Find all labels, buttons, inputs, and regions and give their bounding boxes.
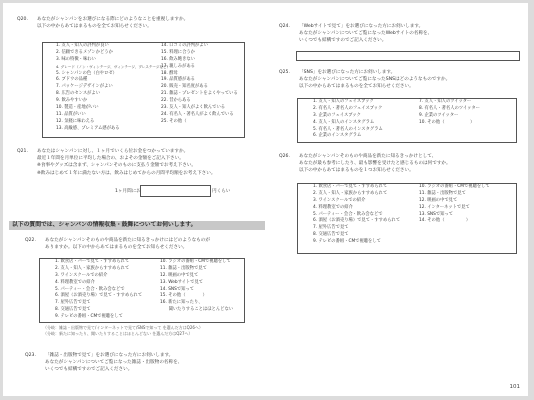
question-q25: Q25. 「SNS」をお選びになった方にお伺いします。 あなたがシャンパンについ… xyxy=(279,69,450,91)
question-text: ※食事やグッズは含まず、シャンパンそのものに支払う金額でお考え下さい。 xyxy=(37,162,215,169)
option[interactable]: 12. 映画の中で見て xyxy=(419,198,490,205)
option[interactable]: 11. 雑誌・出版物で見て xyxy=(160,266,233,273)
q22-options-left: 1. 飲食店・バーで見て・すすめられて 2. 友人・知人・家族からすすめられて … xyxy=(55,259,142,321)
question-q23: Q23. 「雑誌・出版物で見て」をお選びになった方にお伺いします。 あなたがシャ… xyxy=(25,352,182,374)
question-text: ※飲みはじめて１年に満たない方は、飲みはじめてからの月間平均額をお考え下さい。 xyxy=(37,170,215,177)
option[interactable]: 10. 製造・産地がいい xyxy=(56,105,170,112)
option[interactable]: 2. 友人・知人・家族からすすめられて xyxy=(55,266,142,273)
option[interactable]: 6. 企業のインスタグラム xyxy=(313,133,383,140)
option[interactable]: 22. 昔からある xyxy=(161,98,238,105)
option[interactable]: 10. ラジオの番組・CMで視聴をして xyxy=(419,184,490,191)
question-number: Q22. xyxy=(25,237,36,244)
option[interactable]: 1. 友人・知人のフェイスブック xyxy=(313,99,383,106)
question-text: ありますか。以下の中からあてはまるものを全てお知らせください。 xyxy=(45,244,210,251)
option[interactable]: 8. 有名人・著名人のツイッター xyxy=(419,106,480,113)
option[interactable]: 4. 友人・知人のインスタグラム xyxy=(313,120,383,127)
question-number: Q26. xyxy=(279,153,290,160)
question-text: 「雑誌・出版物で見て」をお選びになった方にお伺いします。 xyxy=(45,352,182,359)
option[interactable]: 1. 飲食店・バーで見て・すすめられて xyxy=(55,259,142,266)
question-text: 以下の中からあてはまるものを１つお知らせください。 xyxy=(299,167,451,174)
option[interactable]: 2. 信頼できるメゾンかどうか xyxy=(56,50,170,57)
option[interactable]: 23. 友人・知人がよく飲んでいる xyxy=(161,105,238,112)
question-text: 「SNS」をお選びになった方にお伺いします。 xyxy=(299,69,450,76)
option[interactable]: 9. 企業のツイッター xyxy=(419,113,480,120)
question-text: あなたはシャンパンに対し、１ヶ月でいくら位お金をつかっていますか。 xyxy=(37,148,215,155)
q22-branch-note: （分岐：雑誌・出版物で見て/インターネットで見て/SNSで知って を選んだ方はQ… xyxy=(43,325,203,338)
q20-options-right: 14. 口コミの評判がよい 15. 料理に合うか 16. 飲み飽きない 17. … xyxy=(161,43,238,126)
option[interactable]: 4. 料理教室での紹介 xyxy=(313,205,400,212)
question-text: 以下の中からあてはまるものを全てお知らせください。 xyxy=(37,23,188,30)
q25-options-left: 1. 友人・知人のフェイスブック 2. 有名人・著名人のフェイスブック 3. 企… xyxy=(313,99,383,140)
option[interactable]: 2. 有名人・著名人のフェイスブック xyxy=(313,106,383,113)
q25-options-right: 7. 友人・知人のツイッター 8. 有名人・著名人のツイッター 9. 企業のツイ… xyxy=(419,99,480,127)
q26-options-right: 10. ラジオの番組・CMで視聴をして 11. 雑誌・出版物で見て 12. 映画… xyxy=(419,184,490,225)
question-q21: Q21. あなたはシャンパンに対し、１ヶ月でいくら位お金をつかっていますか。 最… xyxy=(17,148,215,177)
option[interactable]: 10. その他（ ） xyxy=(419,120,480,127)
question-number: Q21. xyxy=(17,148,28,155)
option[interactable]: 12. 映画の中で見て xyxy=(160,273,233,280)
option[interactable]: 3. ワインスクールでの紹介 xyxy=(55,273,142,280)
q26-options-left: 1. 飲食店・バーで見て・すすめられて 2. 友人・知人・家族からすすめられて … xyxy=(313,184,400,246)
q20-options-left: 1. 友人・知人の評判が良い 2. 信頼できるメゾンかどうか 3. 味の特徴・味… xyxy=(56,43,170,133)
option[interactable]: 15. 料理に合うか xyxy=(161,50,238,57)
question-number: Q25. xyxy=(279,69,290,76)
question-text: あなたがシャンパンをお選びになる際にどのようなことを重視しますか。 xyxy=(37,16,188,23)
question-q22: Q22. あなたがシャンパンそのものや商品を新たに知るきっかけにはどのようなもの… xyxy=(25,237,210,251)
option[interactable]: 11. 雑誌・出版物で見て xyxy=(419,191,490,198)
option[interactable]: 10. ラジオの番組・CMで視聴をして xyxy=(160,259,233,266)
option[interactable]: 16. 飲み飽きない xyxy=(161,57,238,64)
question-text: 以下の中からあてはまるものを全てお知らせください。 xyxy=(299,83,450,90)
question-q24: Q24. 「Webサイトで見て」をお選びになった方にお伺いします。 あなたがシャ… xyxy=(279,23,432,45)
question-text: あなたがシャンパンそのものや商品を新たに知るきっかけにはどのようなものが xyxy=(45,237,210,244)
question-text: あなたが最も参考にしたり、最も影響を受けたと感じるものは何ですか。 xyxy=(299,160,451,167)
option[interactable]: 24. 有名人・著名人がよく飲んでいる xyxy=(161,112,238,119)
option[interactable]: 3. 企業のフェイスブック xyxy=(313,113,383,120)
page-number: 101 xyxy=(510,384,521,390)
question-text: あなたがシャンパンについてご覧になったWebサイトの名称を、 xyxy=(299,30,432,37)
option[interactable]: 1. 友人・知人の評判が良い xyxy=(56,43,170,50)
section-header: 以下の質問では、シャンパンの情報収集・鼓舞についてお伺いします。 xyxy=(9,221,265,230)
option[interactable]: 12. 気軽に味わえる xyxy=(56,119,170,126)
question-text: あなたがシャンパンそのものや商品を新たに知るきっかけとして、 xyxy=(299,153,451,160)
option[interactable]: 17. 親しみがある xyxy=(161,64,238,71)
question-text: あなたがシャンパンについてご覧になった雑誌・出版物の名称を、 xyxy=(45,359,182,366)
option[interactable]: 13. 高級感、プレミアム感がある xyxy=(56,126,170,133)
option[interactable]: 7. 友人・知人のツイッター xyxy=(419,99,480,106)
q22-options-right: 10. ラジオの番組・CMで視聴をして 11. 雑誌・出版物で見て 12. 映画… xyxy=(160,259,233,314)
option: 聞いたりすることはほとんどない xyxy=(160,307,233,314)
option[interactable]: 2. 友人・知人・家族からすすめられて xyxy=(313,191,400,198)
question-number: Q23. xyxy=(25,352,36,359)
option[interactable]: 9. 飲みやすいか xyxy=(56,98,170,105)
option[interactable]: 9. テレビの番組・CMで視聴をして xyxy=(55,314,142,321)
question-text: いくつでも結構ですのでご記入ください。 xyxy=(45,366,182,373)
option[interactable]: 25. その他（ xyxy=(161,119,238,126)
option[interactable]: 9. テレビの番組・CMで視聴をして xyxy=(313,239,400,246)
option[interactable]: 4. グレード（ノン・ヴィンテージ、ヴィンテージ、プレステージなど） xyxy=(56,64,170,71)
option[interactable]: 14. その他（ ） xyxy=(419,218,490,225)
option[interactable]: 14. 口コミの評判がよい xyxy=(161,43,238,50)
website-name-input[interactable] xyxy=(296,51,520,61)
option[interactable]: 11. 品質がいい xyxy=(56,112,170,119)
question-text: 「Webサイトで見て」をお選びになった方にお伺いします。 xyxy=(299,23,432,30)
option[interactable]: 3. 味の特徴・味わい xyxy=(56,57,170,64)
question-q26: Q26. あなたがシャンパンそのものや商品を新たに知るきっかけとして、 あなたが… xyxy=(279,153,451,175)
branch-note: （分岐：新たに知ったり、聞いたりすることはほとんどない を選んだ方はQ27へ） xyxy=(43,331,203,337)
question-text: いくつでも結構ですのでご記入ください。 xyxy=(299,37,432,44)
question-number: Q20. xyxy=(17,16,28,23)
option[interactable]: 4. 料理教室での紹介 xyxy=(55,280,142,287)
question-text: あなたがシャンパンについてご覧になったSNSはどのようなものですか。 xyxy=(299,76,450,83)
question-q20: Q20. あなたがシャンパンをお選びになる際にどのようなことを重視しますか。 以… xyxy=(17,16,188,30)
q21-amount-suffix: 円くらい xyxy=(212,188,230,195)
document-page: Q20. あなたがシャンパンをお選びになる際にどのようなことを重視しますか。 以… xyxy=(3,3,528,396)
option[interactable]: 12. インターネットで見て xyxy=(419,205,490,212)
option[interactable]: 3. ワインスクールでの紹介 xyxy=(313,198,400,205)
monthly-amount-input[interactable] xyxy=(140,185,211,197)
question-number: Q24. xyxy=(279,23,290,30)
question-text: 最近１年間を月単位に平均した場合の、およその金額をご記入下さい。 xyxy=(37,155,215,162)
option[interactable]: 1. 飲食店・バーで見て・すすめられて xyxy=(313,184,400,191)
option[interactable]: 13. Webサイトで見て xyxy=(160,280,233,287)
